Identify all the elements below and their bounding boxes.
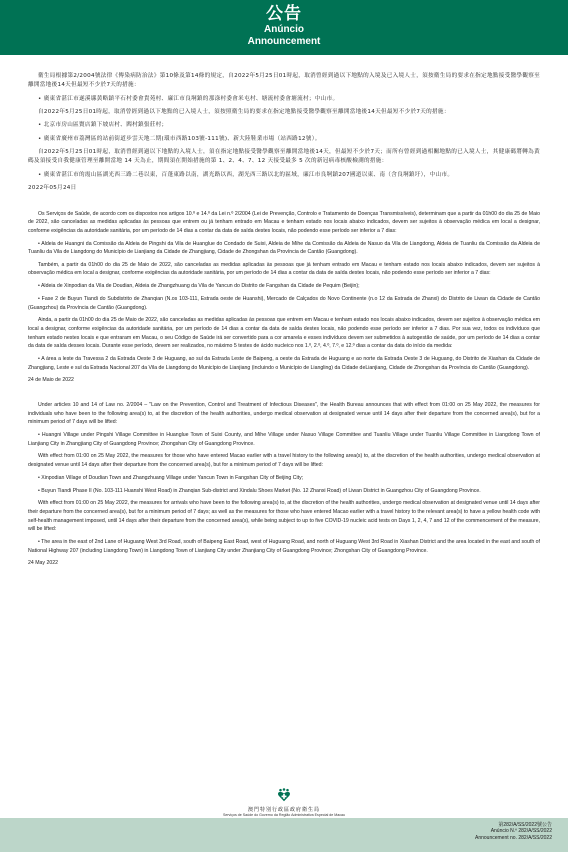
announcement-header: 公告 Anúncio Announcement	[0, 0, 568, 55]
portuguese-section: Os Serviços de Saúde, de acordo com os d…	[28, 210, 540, 385]
bullet-item: • 廣東省湛江市的霞山區湖光西三路二巷以東，百蓬東路以南，湖光路以西，湖光西三路…	[28, 171, 540, 180]
date: 24 de Maio de 2022	[28, 376, 540, 385]
paragraph: 自2022年5月25日01時起，取消曾經到過以下地點的入境人士，須在指定地點接受…	[28, 148, 540, 166]
paragraph: Também, a partir da 01h00 do dia 25 de M…	[28, 261, 540, 278]
paragraph: With effect from 01:00 on 25 May 2022, t…	[28, 452, 540, 469]
paragraph: 自2022年5月25日01時起，取消曾經到過以下地點的已入境人士，須按照衛生局的…	[28, 108, 540, 117]
bullet-item: • Aldeia de Huangni da Comissão da Aldei…	[28, 240, 540, 257]
section-divider	[28, 198, 540, 210]
chinese-section: 衛生局根據第2/2004號法律《傳染病防治法》第10條及第14條的規定，自202…	[28, 72, 540, 193]
bullet-item: • Aldeia de Xinpodian da Vila de Doudian…	[28, 282, 540, 291]
date: 24 May 2022	[28, 559, 540, 568]
bullet-item: • Xinpodian Village of Doudian Town and …	[28, 474, 540, 483]
health-bureau-heart-cross-icon	[277, 788, 291, 802]
bullet-item: • Buyun Tiandi Phase II (No. 103-111 Hua…	[28, 487, 540, 496]
footer-band: 第282/A/SS/2022號公告 Anúncio N.º 282/A/SS/2…	[0, 818, 568, 852]
bullet-item: • The area in the east of 2nd Lane of Hu…	[28, 538, 540, 555]
bureau-name-portuguese: Serviços de Saúde do Governo da Região A…	[0, 813, 568, 817]
bullet-item: • A área a leste da Travessa 2 da Estrad…	[28, 355, 540, 372]
date: 2022年05月24日	[28, 184, 540, 193]
paragraph: Under articles 10 and 14 of Law no. 2/20…	[28, 401, 540, 427]
paragraph: Ainda, a partir da 01h00 do dia 25 de Ma…	[28, 316, 540, 350]
title-chinese: 公告	[0, 0, 568, 24]
bullet-item: • 北京市房山區竇店鎮下坡店村、閻村鎮張莊村；	[28, 121, 540, 130]
english-section: Under articles 10 and 14 of Law no. 2/20…	[28, 401, 540, 568]
title-portuguese: Anúncio	[0, 24, 568, 36]
title-english: Announcement	[0, 36, 568, 48]
bullet-item: • 廣東省湛江市遂溪縣黃略鎮平石村委會貴苑村、廉江市良垌鎮的那淥村委會米屯村、塘…	[28, 95, 540, 104]
announcement-body: 衛生局根據第2/2004號法律《傳染病防治法》第10條及第14條的規定，自202…	[28, 72, 540, 572]
bullet-item: • Fase 2 de Buyun Tiandi do Subdistrito …	[28, 295, 540, 312]
announcement-reference: 第282/A/SS/2022號公告 Anúncio N.º 282/A/SS/2…	[475, 822, 552, 841]
paragraph: Os Serviços de Saúde, de acordo com os d…	[28, 210, 540, 236]
section-divider	[28, 389, 540, 401]
health-bureau-logo: 澳門特別行政區政府衛生局 Serviços de Saúde do Govern…	[0, 788, 568, 817]
bullet-item: • Huangni Village under Pingshi Village …	[28, 431, 540, 448]
paragraph: With effect from 01:00 on 25 May 2022, t…	[28, 499, 540, 533]
paragraph: 衛生局根據第2/2004號法律《傳染病防治法》第10條及第14條的規定，自202…	[28, 72, 540, 90]
reference-english: Announcement no. 282/A/SS/2022	[475, 835, 552, 841]
bullet-item: • 廣東省廣州市荔灣區的站前街道步雲天地二期(環市西路103號-111號)、新大…	[28, 135, 540, 144]
